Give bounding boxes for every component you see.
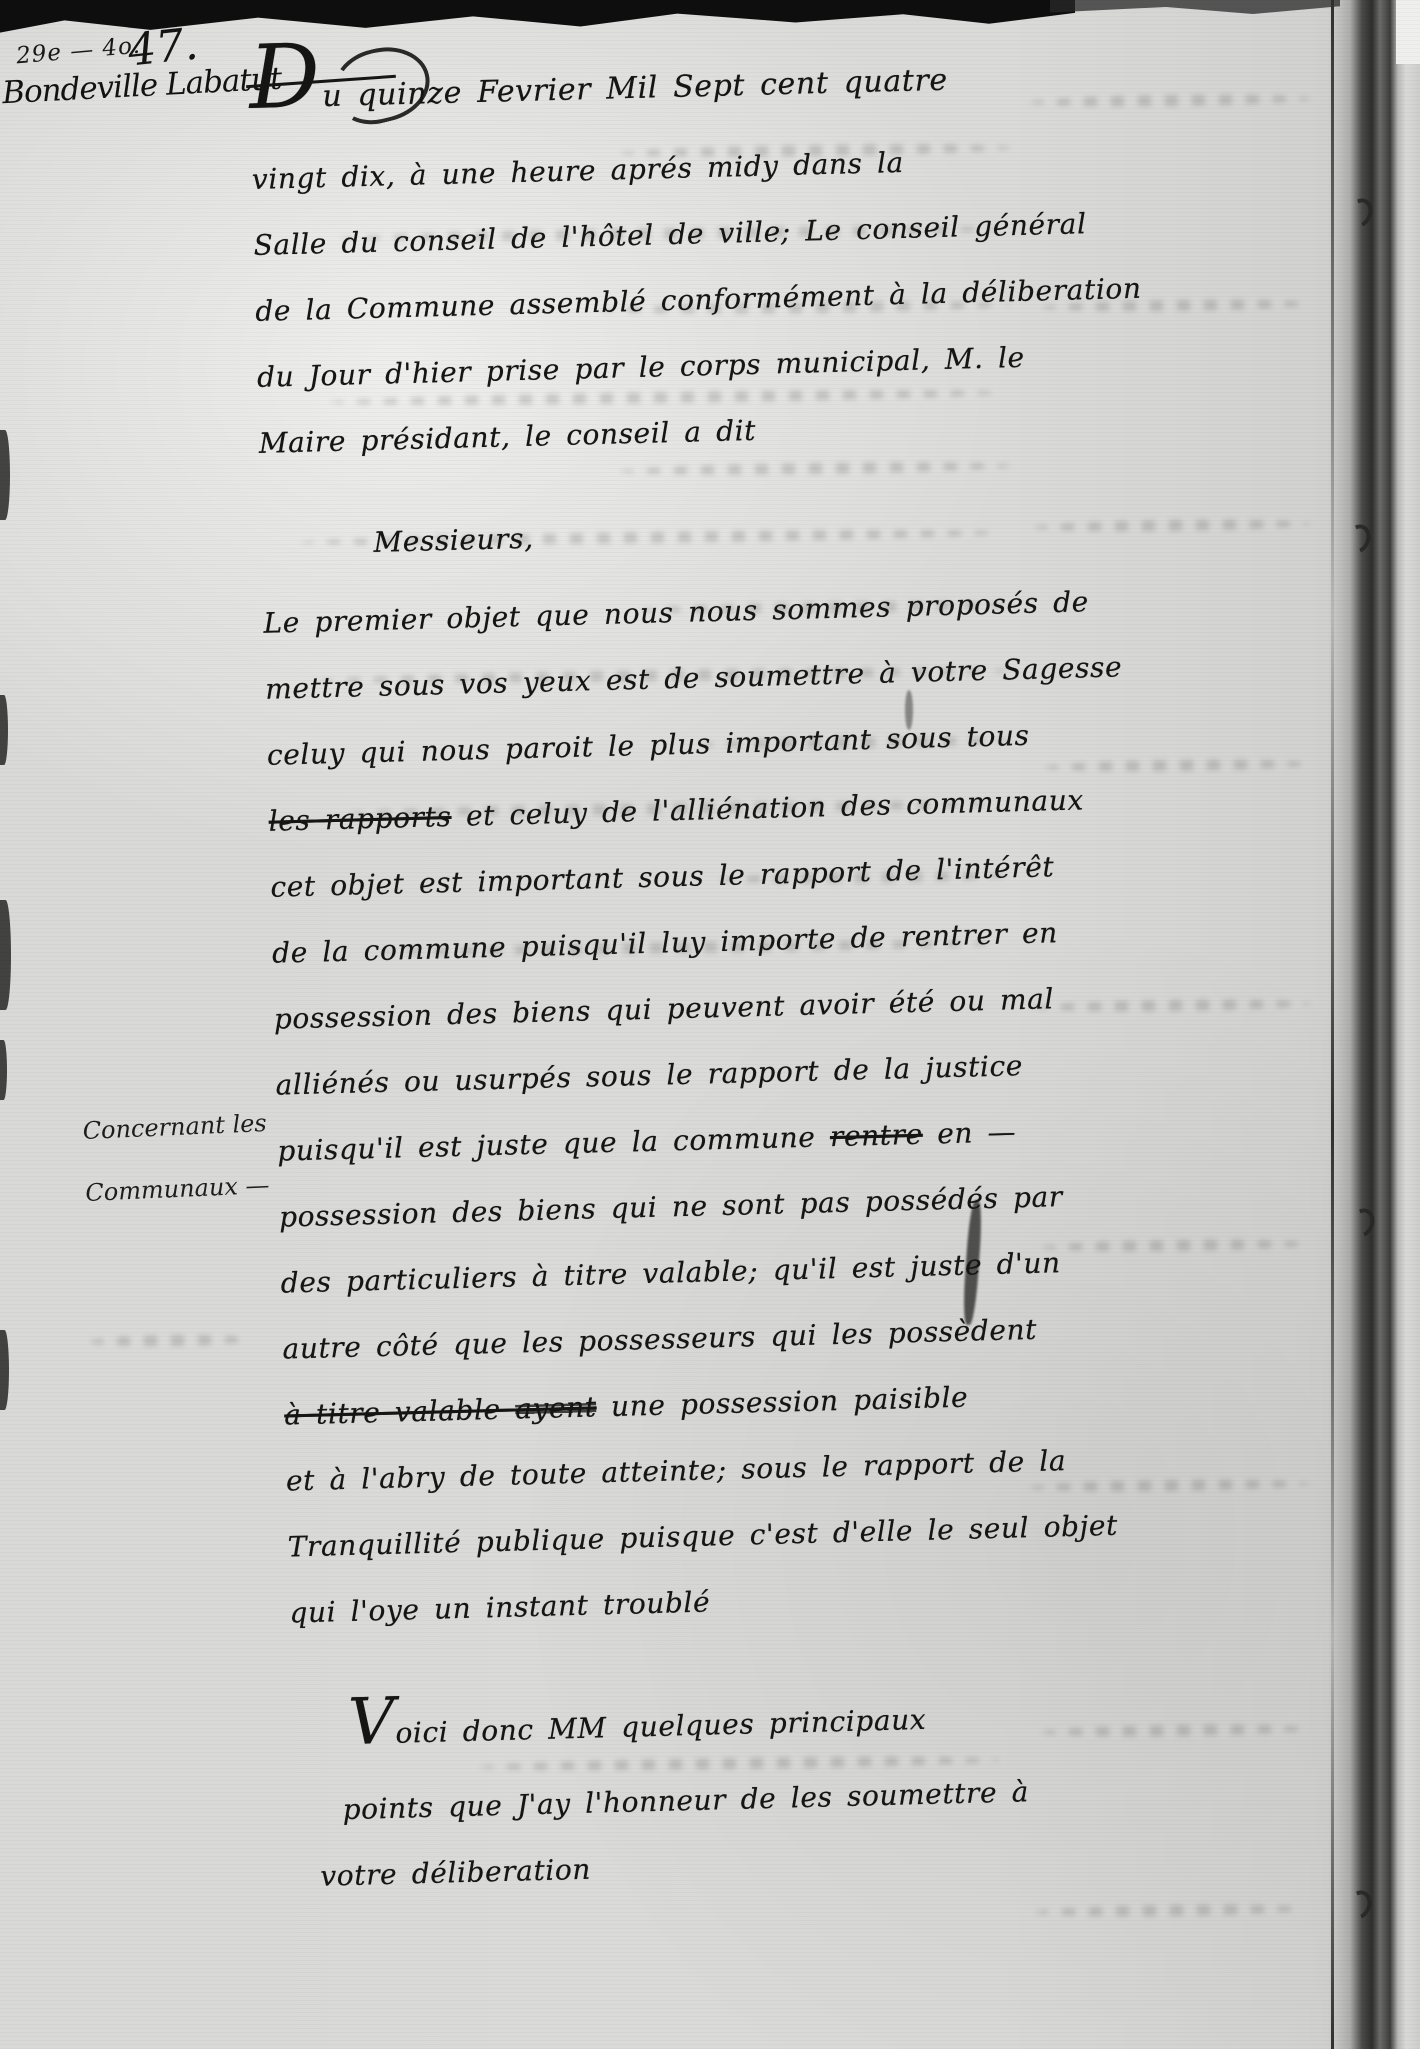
- line-text: Maire présidant, le conseil a dit: [258, 414, 756, 460]
- line-text: qui l'oye un instant troublé: [289, 1585, 711, 1629]
- line-text: Le premier objet que nous nous sommes pr…: [263, 585, 1089, 640]
- line-text: vingt dix, à une heure aprés midy dans l…: [251, 146, 904, 196]
- struck-text: les rapports: [268, 800, 452, 838]
- bleedthrough-mark: [1034, 518, 1310, 533]
- line-text: des particuliers à titre valable; qu'il …: [280, 1246, 1061, 1299]
- line-text: celuy qui nous paroit le plus important …: [267, 719, 1030, 772]
- line-text: du Jour d'hier prise par le corps munici…: [257, 341, 1025, 394]
- margin-note-line: Communaux —: [84, 1154, 271, 1224]
- line-text: en —: [922, 1115, 1016, 1150]
- line-text: une possession paisible: [596, 1381, 969, 1424]
- edge-mark: [0, 900, 11, 1010]
- bleedthrough-mark: [1042, 1238, 1308, 1253]
- line-text: Messieurs,: [373, 522, 534, 559]
- line-text: et celuy de l'alliénation des communaux: [451, 783, 1084, 833]
- line-text: Salle du conseil de l'hôtel de ville; Le…: [253, 207, 1087, 262]
- edge-mark: [0, 1330, 9, 1410]
- manuscript-line: Du quinze Fevrier Mil Sept cent quatre: [248, 9, 1041, 147]
- struck-text: à titre valable: [284, 1392, 516, 1431]
- bleedthrough-mark: [1034, 998, 1310, 1013]
- line-text: autre côté que les possesseurs qui les p…: [282, 1313, 1037, 1366]
- margin-note: Concernant les Communaux —: [81, 1092, 270, 1224]
- edge-mark: [0, 430, 10, 520]
- scribbled-text: ayent: [515, 1390, 597, 1425]
- line-text: votre déliberation: [320, 1853, 591, 1893]
- line-text: Du quinze Fevrier Mil Sept cent quatre: [249, 63, 948, 116]
- edge-mark: [0, 695, 8, 765]
- folio-text: 29e — 4o.: [15, 33, 142, 70]
- struck-text: rentre: [830, 1118, 924, 1153]
- line-text: de la commune puisqu'il luy importe de r…: [272, 916, 1058, 970]
- line-text: mettre sous vos yeux est de soumettre à …: [265, 650, 1123, 705]
- line-text: possession des biens qui ne sont pas pos…: [279, 1180, 1064, 1234]
- scan-top-edge-right: [1050, 0, 1340, 14]
- clerk-signature: Bondeville Labatut: [1, 61, 282, 112]
- folio-annotation: 29e — 4o.: [15, 33, 142, 70]
- bleedthrough-mark: [1030, 93, 1310, 108]
- bleedthrough-mark: [90, 1334, 250, 1347]
- manuscript-page-scan: 29e — 4o. 47. Bondeville Labatut Concern…: [0, 0, 1420, 2049]
- salutation-line: Messieurs,: [260, 486, 1052, 585]
- signature-text: Bondeville Labatut: [1, 61, 282, 112]
- bleedthrough-mark: [1045, 758, 1307, 773]
- line-text: cet objet est important sous le rapport …: [270, 850, 1055, 904]
- margin-note-line: Concernant les: [81, 1092, 268, 1162]
- bleedthrough-mark: [1035, 1903, 1305, 1918]
- line-text: et à l'abry de toute atteinte; sous le r…: [286, 1444, 1067, 1497]
- line-text: Voici donc MM quelques principaux: [348, 1703, 926, 1751]
- line-text: possession des biens qui peuvent avoir é…: [273, 982, 1054, 1035]
- line-text: puisqu'il est juste que la commune: [277, 1120, 830, 1167]
- line-text: Tranquillité publique puisque c'est d'el…: [287, 1509, 1118, 1564]
- line-text: alliénés ou usurpés sous le rapport de l…: [275, 1049, 1023, 1102]
- line-text: de la Commune assemblé conformément à la…: [255, 272, 1142, 328]
- edge-mark: [0, 1040, 7, 1100]
- page-corner: [1396, 0, 1420, 64]
- manuscript-text-block: Du quinze Fevrier Mil Sept cent quatre v…: [248, 9, 1087, 1910]
- book-binding-gutter: [1328, 0, 1420, 2049]
- line-text: points que J'ay l'honneur de les soumett…: [342, 1775, 1029, 1826]
- page-fold-line: [1331, 0, 1334, 2049]
